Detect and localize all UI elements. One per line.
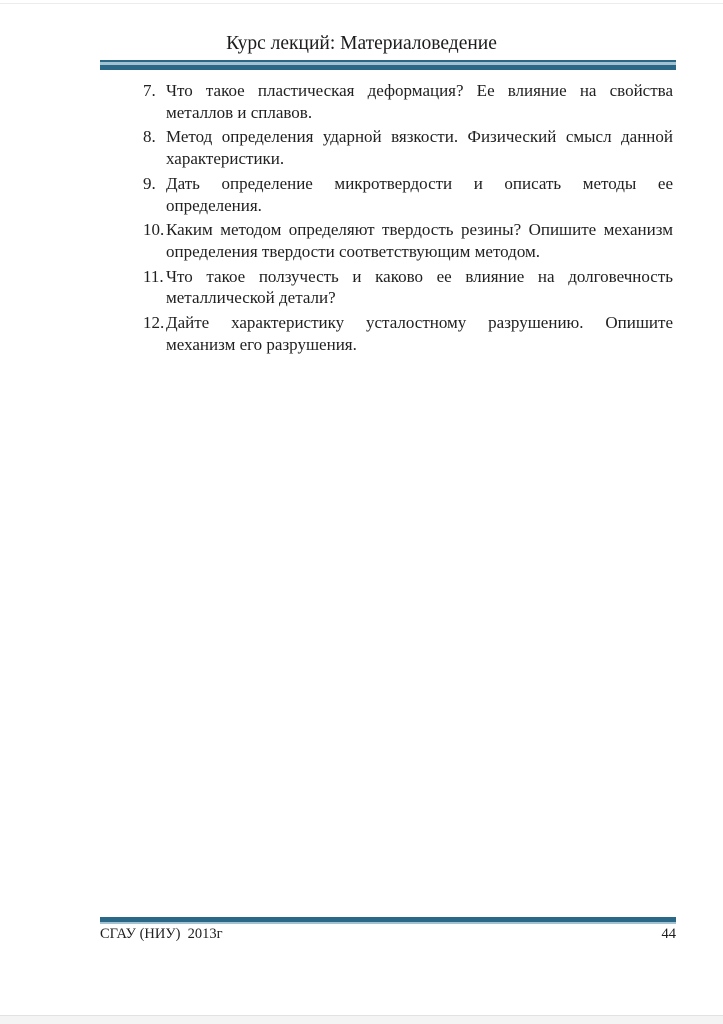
question-item: 8.Метод определения ударной вязкости. Фи… [143, 126, 673, 169]
question-number: 7. [143, 80, 166, 123]
question-text-line: Каким методом определяют твердость резин… [166, 219, 673, 241]
question-text-line: металлов и сплавов. [166, 102, 673, 124]
header-rule-thick-line [100, 65, 676, 70]
page-bottom-edge [0, 1015, 723, 1024]
question-text-line: определения твердости соответствующим ме… [166, 241, 673, 263]
question-number: 11. [143, 266, 166, 309]
question-item: 7.Что такое пластическая деформация? Ее … [143, 80, 673, 123]
question-text: Каким методом определяют твердость резин… [166, 219, 673, 262]
question-number: 12. [143, 312, 166, 355]
question-number: 10. [143, 219, 166, 262]
question-text-line: Что такое пластическая деформация? Ее вл… [166, 80, 673, 102]
question-text-line: определения. [166, 195, 673, 217]
question-list: 7.Что такое пластическая деформация? Ее … [143, 80, 673, 358]
question-item: 9.Дать определение микротвердости и опис… [143, 173, 673, 216]
question-text-line: Что такое ползучесть и каково ее влияние… [166, 266, 673, 288]
question-number: 9. [143, 173, 166, 216]
document-page: Курс лекций: Материаловедение 7.Что тако… [0, 0, 723, 1024]
question-number: 8. [143, 126, 166, 169]
question-text: Дайте характеристику усталостному разруш… [166, 312, 673, 355]
question-text: Метод определения ударной вязкости. Физи… [166, 126, 673, 169]
footer-institution: СГАУ (НИУ) 2013г [100, 926, 223, 943]
question-text: Что такое пластическая деформация? Ее вл… [166, 80, 673, 123]
page-number: 44 [662, 926, 677, 943]
footer-rule [100, 917, 676, 924]
question-text-line: Дать определение микротвердости и описат… [166, 173, 673, 195]
question-text-line: механизм его разрушения. [166, 334, 673, 356]
question-text: Что такое ползучесть и каково ее влияние… [166, 266, 673, 309]
question-text-line: Метод определения ударной вязкости. Физи… [166, 126, 673, 148]
question-item: 12.Дайте характеристику усталостному раз… [143, 312, 673, 355]
footer-rule-light-line [100, 922, 676, 924]
question-text-line: характеристики. [166, 148, 673, 170]
question-text: Дать определение микротвердости и описат… [166, 173, 673, 216]
question-item: 11.Что такое ползучесть и каково ее влия… [143, 266, 673, 309]
question-item: 10.Каким методом определяют твердость ре… [143, 219, 673, 262]
question-text-line: металлической детали? [166, 287, 673, 309]
question-text-line: Дайте характеристику усталостному разруш… [166, 312, 673, 334]
page-header-title: Курс лекций: Материаловедение [0, 32, 723, 56]
header-rule [100, 60, 676, 70]
page-top-edge [0, 3, 723, 4]
